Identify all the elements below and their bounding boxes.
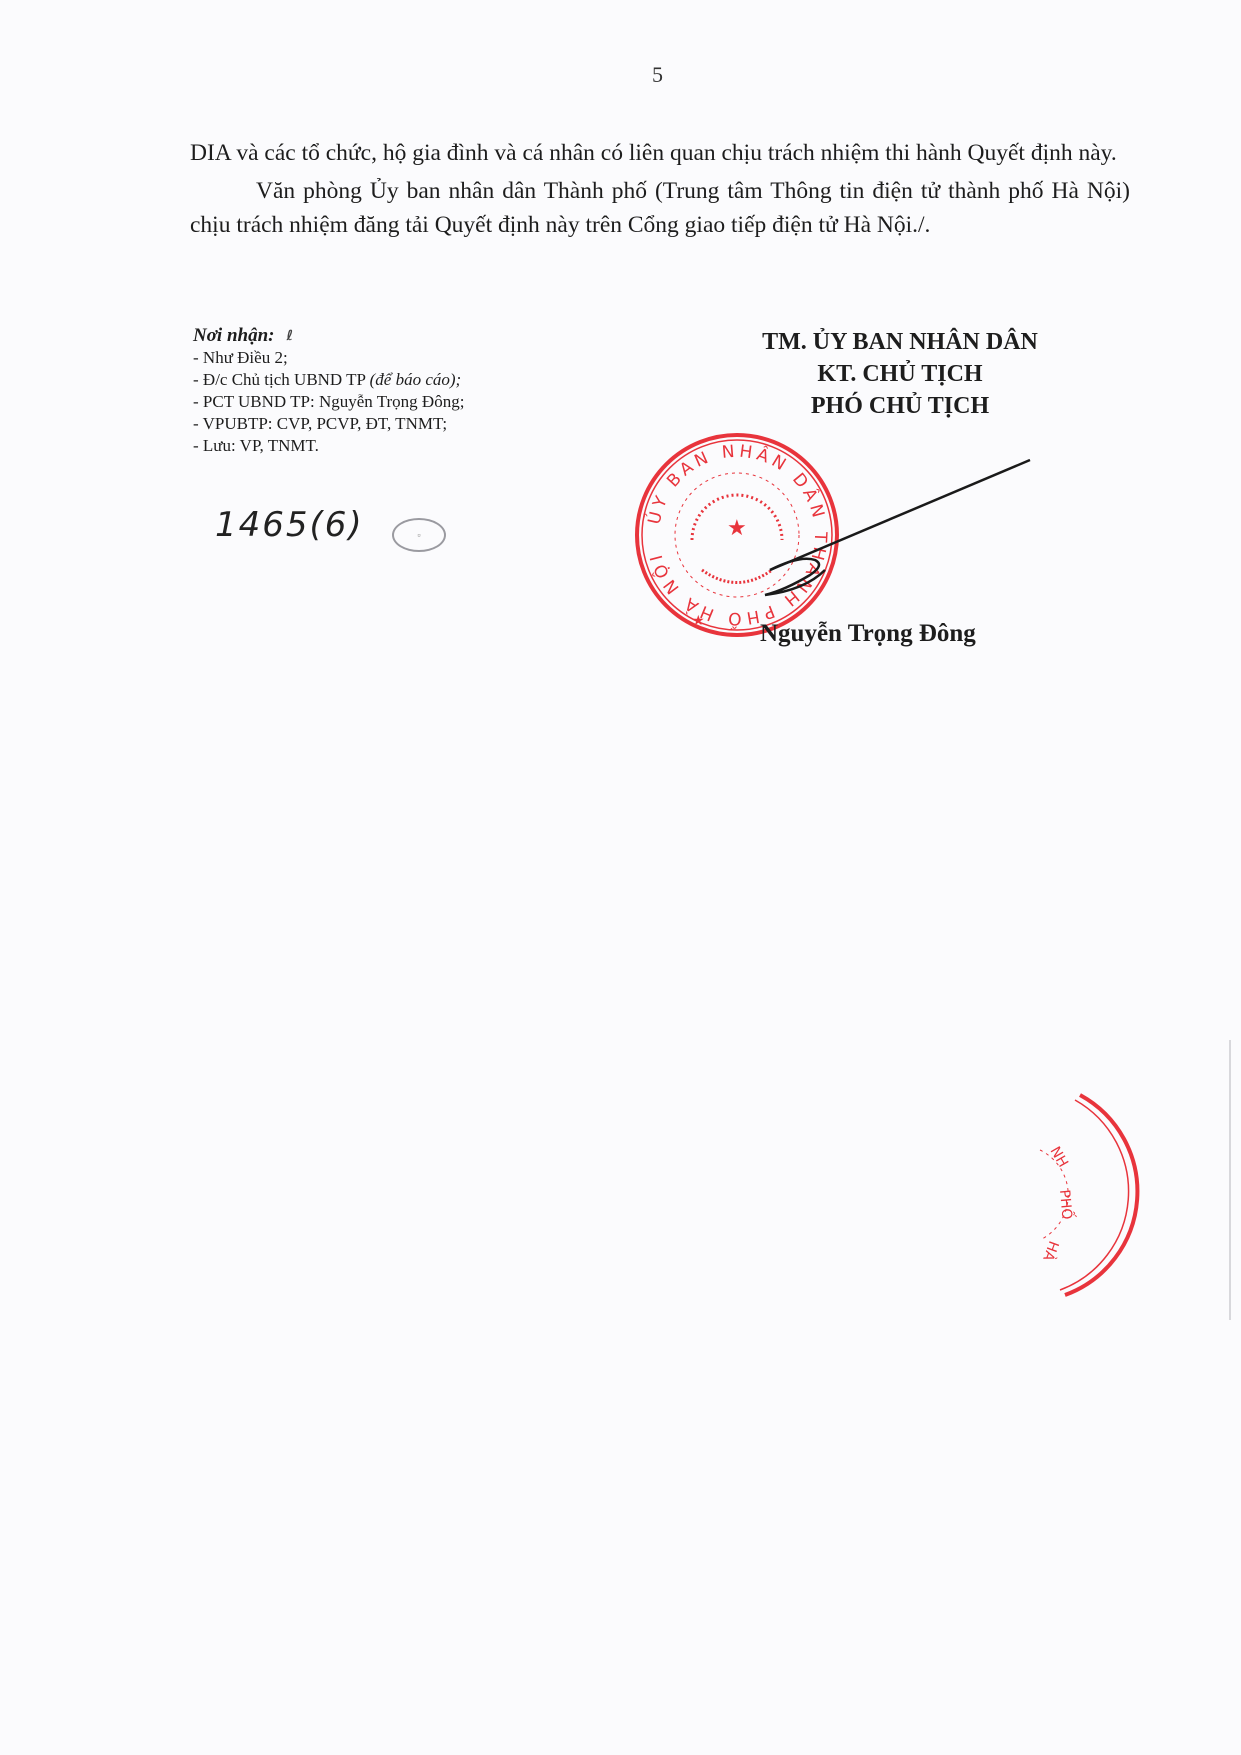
body-text: DIA và các tổ chức, hộ gia đình và cá nh… [190, 136, 1130, 242]
small-stamp-icon: ▫ [392, 518, 446, 552]
recipient-item: - Như Điều 2; [193, 347, 464, 369]
signature-line-1: TM. ỦY BAN NHÂN DÂN [700, 326, 1100, 358]
recipient-item: - Lưu: VP, TNMT. [193, 435, 464, 457]
scan-edge-line [1229, 1040, 1231, 1320]
recipient-item: - Đ/c Chủ tịch UBND TP (để báo cáo); [193, 369, 464, 391]
svg-text:PHỐ: PHỐ [1056, 1189, 1078, 1221]
recipients-list: - Như Điều 2; - Đ/c Chủ tịch UBND TP (để… [193, 347, 464, 457]
signature-block: TM. ỦY BAN NHÂN DÂN KT. CHỦ TỊCH PHÓ CHỦ… [700, 326, 1100, 422]
handwritten-signature-icon [740, 450, 1040, 610]
recipients-block: Nơi nhận: ℓ - Như Điều 2; - Đ/c Chủ tịch… [193, 325, 464, 457]
svg-text:NH: NH [1047, 1144, 1071, 1170]
signature-line-3: PHÓ CHỦ TỊCH [700, 390, 1100, 422]
signer-name: Nguyễn Trọng Đông [760, 620, 976, 648]
paragraph-responsibility: DIA và các tổ chức, hộ gia đình và cá nh… [190, 136, 1130, 170]
page-number: 5 [652, 62, 663, 88]
paragraph-publication: Văn phòng Ủy ban nhân dân Thành phố (Tru… [190, 174, 1130, 242]
recipients-heading-text: Nơi nhận: [193, 325, 274, 347]
recipient-item: - PCT UBND TP: Nguyễn Trọng Đông; [193, 391, 464, 413]
signature-line-2: KT. CHỦ TỊCH [700, 358, 1100, 390]
partial-seal-icon: NH PHỐ HÀ [1000, 1090, 1200, 1300]
svg-text:★: ★ [692, 614, 705, 629]
recipient-item: - VPUBTP: CVP, PCVP, ĐT, TNMT; [193, 413, 464, 435]
recipients-heading: Nơi nhận: ℓ [193, 325, 464, 347]
handwritten-document-number: 1465(6) [215, 505, 364, 545]
initials-mark-icon: ℓ [286, 325, 293, 347]
svg-text:HÀ: HÀ [1039, 1239, 1062, 1264]
